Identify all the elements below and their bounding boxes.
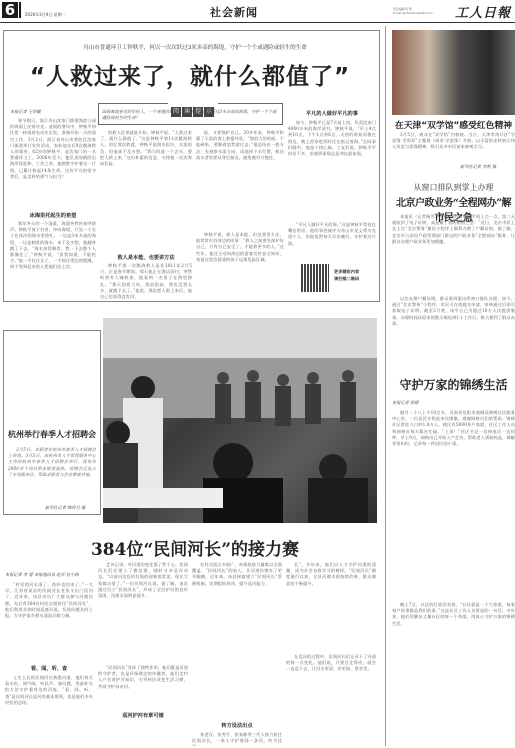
subhead-ordinary: 平凡的人做好平凡的事 — [288, 110, 376, 117]
community-byline: 本报记者 徐靖 — [392, 400, 418, 406]
subhead-rules: 巡河护河有章可循 — [98, 712, 188, 719]
page-number-bar — [19, 2, 21, 18]
newspaper-logo: 工人日報 — [455, 2, 511, 21]
subhead-methods: 转方设法出点 — [192, 722, 282, 729]
lead-story-col2: 的救人壮举就此开始。钟秋平说，“人救过来了，就什么都值了。”这是钟秋平第11次跳… — [100, 130, 192, 240]
qr-caption-line1: 更多精彩内容 — [334, 268, 359, 275]
lead-story-col4b: “平凡人做好平凡的事。”这是钟秋平常挂在嘴边的话。他的事迹被评为舟山市见义勇为先… — [288, 222, 376, 262]
header-rule — [0, 22, 515, 23]
river-col4: 长”，多年来，他们以人力守护河道的清澈，成为社会各界学习的榜样。“民间河长”制度… — [286, 562, 376, 652]
community-headline: 守护万家的锦绣生活 — [392, 376, 515, 393]
subhead-look-smell: 看、闻、听、查 — [5, 665, 93, 672]
issue-date: 2026年3月9日 星期一 — [25, 12, 66, 18]
hangzhou-headline: 杭州举行春季人才招聘会 — [5, 429, 99, 440]
lead-story-col3: 险，又要保护自己。20多年来，钟秋平积累了丰富的海上救援经验。“海浪大的时候，不… — [196, 130, 284, 230]
beijing-text-b: 以往办理户籍证明，群众需到派出所窗口排队办理。如今，通过“北京警务”小程序，市民… — [392, 296, 515, 364]
page-number: 6 — [2, 2, 18, 18]
masthead: 6 2026年3月9日 星期一 社会新闻 责任编辑:杨 明 E-mail:grr… — [0, 0, 515, 20]
qr-caption: 更多精彩内容 请扫描二维码 — [334, 268, 359, 282]
lead-story-col1: 春节假日，浙江舟山沈家门渔港海滨公园的海面上泛着冷光。凌晨的寒风中，钟秋平和往常… — [10, 118, 96, 208]
lead-story-col4: 如今，钟秋平已是7天前上岗，负责沈家门4000多米的海岸清扫。钟秋平说，“早上4… — [288, 120, 376, 220]
tianjin-headline: 在天津“双学馆”感受红色精神 — [392, 118, 515, 131]
section-title: 社会新闻 — [210, 4, 258, 20]
river-col2: 走访记录，对河道的变化都了然于心。民间河长们还建立了微信群，随时分享巡河动态。“… — [98, 562, 188, 662]
tianjin-credit: 新华社记者 李然 摄 — [460, 164, 496, 170]
river-col3b: 张老汉、张秀平、张家栋等三代人接力担任民间河长，一家人守护着同一条河，传为佳话。 — [192, 732, 282, 746]
beijing-text: 本报讯（记者杨雪）“我整理好材料在手机上点一点，第二天就收到了电子证明，真是解了… — [392, 214, 515, 294]
lead-story-headline: “人救过来了，就什么都值了” — [15, 58, 365, 91]
lead-story-kicker: 舟山市普通环卫工钟秋平，何以一次次跃过3米多高的海堤，守护一个个或遇险或轻生的生… — [30, 43, 360, 51]
lead-story-col1b: 那年冬天的一个清晨，海面突然传来呼救声。钟秋平放下扫帚，冲向海堤，只见一个女子在… — [10, 221, 96, 299]
lead-story-byline: 本报记者 王伟健 — [10, 109, 41, 115]
editor-info: 责任编辑:杨 明 E-mail:grrbshehui@163.com — [393, 8, 433, 15]
editor-email: E-mail:grrbshehui@163.com — [393, 12, 433, 16]
hangzhou-credit: 新华社记者 韩传号 摄 — [45, 505, 85, 511]
crowd-illustration — [103, 318, 377, 523]
qr-caption-line2: 请扫描二维码 — [334, 275, 359, 282]
job-fair-photo — [103, 318, 377, 523]
museum-photo — [392, 30, 515, 115]
river-headline: 384位“民间河长”的接力赛 — [70, 535, 320, 560]
river-col2b: “民间河长”发挥了独特作用，他们既是河道的守护者，也是环保理念的传播者。他们走村… — [98, 665, 188, 709]
hangzhou-text: 3月5日，求职者在杭州市春季人才招聘会上咨询。3月5日，由杭州市人才管理服务中心… — [8, 447, 96, 495]
river-byline: 本报记者 李 蕾 本报通讯员 赵军 杜小林 — [5, 572, 79, 578]
beijing-kicker: 从窗口排队到掌上办理 — [392, 182, 515, 193]
tianjin-text: 3月5日，观众在“双学馆”内参观。当日，天津市南开区“学雷锋 学周邓”主题展《周… — [392, 132, 515, 162]
qr-code[interactable] — [301, 264, 329, 292]
read-tip-text: 面临被浪卷走的年轻人，一个普通的环卫工人，何以一次次跃过3米多高的海堤，守护一个… — [102, 109, 280, 121]
community-text-b: 晚上7点，社区的灯依旧亮着。“社区就是一个大家庭，每家每户的事都是我们的事。”这… — [392, 602, 515, 746]
river-col1b: 土生土长的民间河长熟悉河道，他们每天看水色、闻气味、听民声、查问题，用最朴实的方… — [5, 675, 93, 746]
subhead-ice-sea: 冰海里托起生的希望 — [10, 212, 96, 219]
column-divider — [385, 26, 386, 746]
subhead-method: 救人是本能，也要讲方法 — [100, 254, 192, 261]
river-col3: 农村河道点多面广，单靠政府力量难以全面覆盖。“民间河长”的加入，让河道治理有了更… — [192, 562, 282, 682]
river-col1: “村里的河水清了，鱼虾也回来了。”一大早，江苏省某县的民间河长老张又出门巡河了。… — [5, 582, 93, 662]
lead-story-col3b: 钟秋平说，救人是本能，但也要讲方法。他常常告诉身边的同事：“救人之前要先保护好自… — [196, 232, 284, 298]
river-col4b: 在巡河的过程中，民间河长们记录下了河道的每一点变化。他们说，只要还走得动，就会一… — [286, 654, 376, 746]
lead-story-col2b: 钟秋平第一次跳海救人是在2011年2月5日，正是春节期间。那天他正在海边清扫，突… — [100, 263, 192, 299]
community-text: 腊月二十八上午10点多，河南省信阳市商城县锦绣社区服务中心里，一位居民专程赶来送… — [392, 410, 515, 600]
